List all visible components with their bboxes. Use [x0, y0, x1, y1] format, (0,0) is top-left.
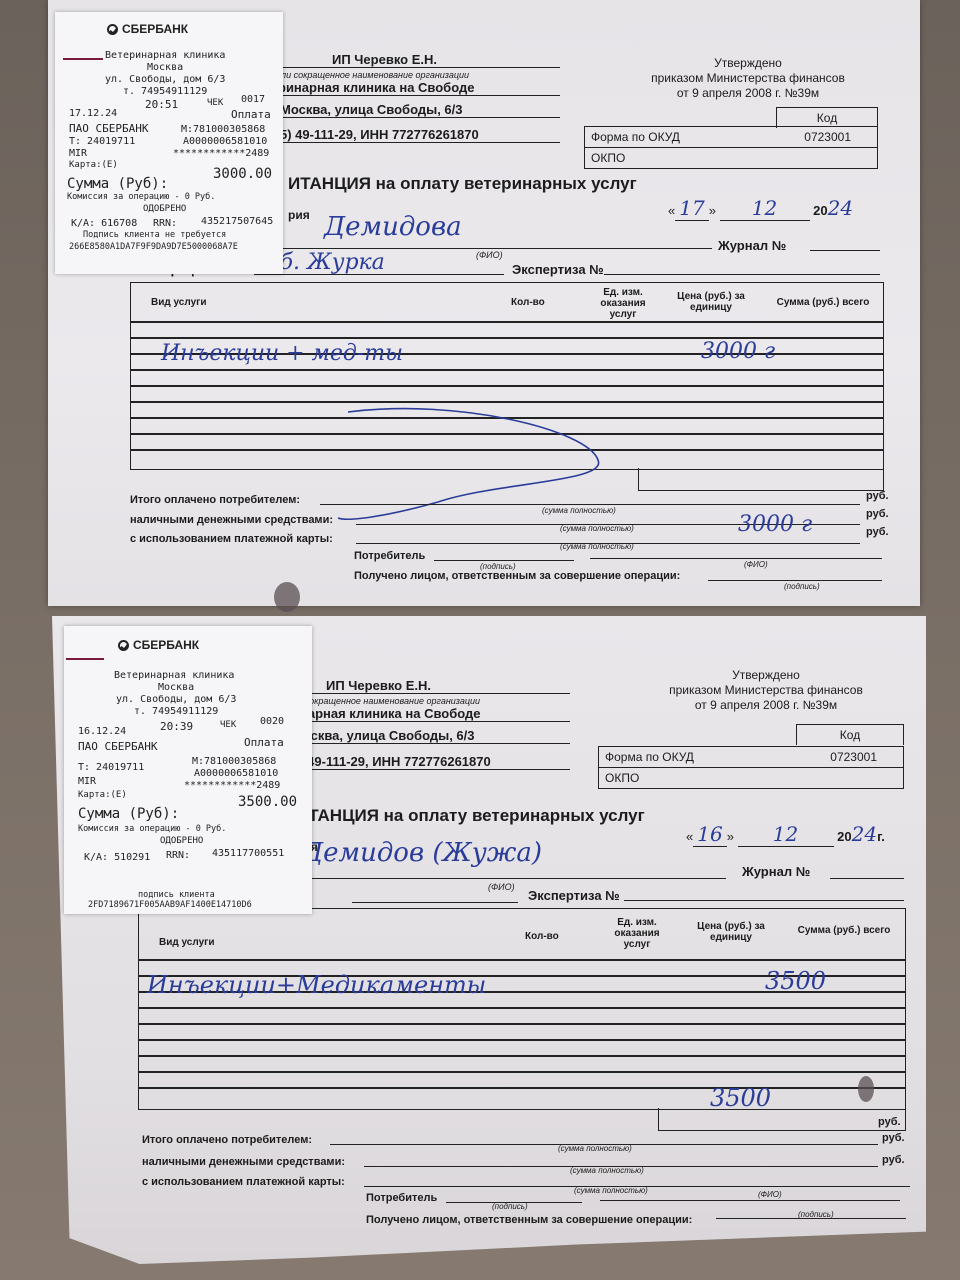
col-header-service: Вид услуги [151, 297, 206, 308]
slip-hash: 2FD7189671F005AAB9AF1400E14710D6 [88, 900, 252, 910]
services-table: Вид услуги Кол-во Ед. изм. оказания услу… [138, 908, 906, 1110]
operation-type: Оплата [244, 736, 284, 749]
clinic-address: Москва, улица Свободы, 6/3 [280, 102, 560, 118]
bank-name: СБЕРБАНК [122, 22, 188, 36]
rub-label: руб. [878, 1116, 901, 1128]
client-name-handwritten: Демидов (Жужа) [302, 838, 542, 868]
sum-caption: (сумма полностью) [560, 524, 634, 533]
auth-code: К/А: 510291 [84, 852, 150, 863]
auth-code: К/А: 616708 [71, 218, 137, 229]
slip-hash: 266E8580A1DA7F9F9DA9D7E5000068A7E [69, 242, 238, 252]
expertise-line [624, 900, 904, 901]
fio-caption: (ФИО) [488, 882, 515, 892]
card-type: Карта:(E) [78, 790, 127, 800]
slip-date: 16.12.24 [78, 726, 126, 737]
table-row-amount: 3000 г [701, 339, 775, 364]
clinic-name: ринарная клиника на Свободе [278, 80, 560, 96]
aid: A0000006581010 [183, 136, 267, 147]
col-header-unit: Ед. изм. оказания услуг [591, 287, 655, 320]
date-month: 12 [720, 196, 810, 221]
date-year-prefix: 20 [837, 829, 851, 844]
expertise-label: Экспертиза № [512, 262, 604, 277]
journal-line [810, 250, 880, 251]
okud-code-header: Код [776, 107, 878, 128]
consumer-fio-line [590, 558, 882, 559]
merchant-id: М:781000305868 [181, 124, 265, 135]
bank-logo: СБЕРБАНК [118, 638, 199, 652]
rub-label: руб. [866, 490, 889, 502]
commission: Комиссия за операцию - 0 Руб. [67, 192, 215, 202]
signature-note: Подпись клиента не требуется [83, 230, 226, 240]
sum-caption: (сумма полностью) [570, 1166, 644, 1175]
total-paid-label: Итого оплачено потребителем: [130, 494, 300, 506]
merchant-city: Москва [158, 682, 194, 693]
date-year-prefix: 20 [813, 203, 827, 218]
expertise-label: Экспертиза № [528, 888, 620, 903]
total-handwritten: 3500 [710, 1084, 771, 1112]
sum-caption: (сумма полностью) [558, 1144, 632, 1153]
terminal-id: Т: 24019711 [78, 762, 144, 773]
slip-time: 20:39 [160, 720, 193, 733]
org-name: ИП Черевко Е.Н. [270, 52, 560, 68]
col-header-total: Сумма (руб.) всего [767, 297, 879, 308]
merchant-id: М:781000305868 [192, 756, 276, 767]
aid: A0000006581010 [194, 768, 278, 779]
rrn-value: 435117700551 [212, 848, 284, 859]
signature-note: подпись клиента [138, 890, 215, 900]
merchant-street: ул. Свободы, дом 6/3 [116, 694, 236, 705]
date-month: 12 [738, 822, 834, 847]
rrn-value: 435217507645 [201, 216, 273, 227]
fio-label: рия [288, 208, 310, 222]
cash-label: наличными денежными средствами: [142, 1156, 345, 1168]
sum-caption: (сумма полностью) [542, 506, 616, 515]
col-header-price: Цена (руб.) за единицу [691, 921, 771, 943]
registration-line [352, 902, 518, 903]
date-day: 17 [675, 196, 708, 221]
received-signature-line [708, 580, 882, 581]
rrn-label: RRN: [153, 218, 177, 229]
pen-mark [63, 58, 103, 60]
journal-label: Журнал № [718, 238, 786, 253]
okud-code-header: Код [796, 724, 904, 745]
registration-line [254, 274, 504, 275]
approval-status: ОДОБРЕНО [143, 204, 186, 214]
fio-caption: (ФИО) [758, 1190, 782, 1199]
org-name: ИП Черевко Е.Н. [292, 678, 570, 694]
sber-check-icon [118, 640, 129, 651]
fio-caption: (ФИО) [744, 560, 768, 569]
acquirer-name: ПАО СБЕРБАНК [78, 740, 157, 753]
commission: Комиссия за операцию - 0 Руб. [78, 824, 226, 834]
rrn-label: RRN: [166, 850, 190, 861]
total-paid-label: Итого оплачено потребителем: [142, 1134, 312, 1146]
consumer-label: Потребитель [366, 1192, 437, 1204]
acquirer-name: ПАО СБЕРБАНК [69, 122, 148, 135]
slip-sum: 3500.00 [238, 794, 297, 810]
card-value-handwritten: 3000 г [738, 512, 812, 537]
approval-block: Утверждено приказом Министерства финансо… [608, 56, 888, 101]
clinic-phone-inn: 5) 49-111-29, ИНН 772776261870 [292, 754, 570, 770]
terminal-id: Т: 24019711 [69, 136, 135, 147]
rub-label: руб. [882, 1154, 905, 1166]
approval-line: от 9 апреля 2008 г. №39м [626, 698, 906, 713]
merchant-street: ул. Свободы, дом 6/3 [105, 74, 225, 85]
sum-label: Сумма (Руб): [78, 806, 179, 822]
form-title: ИТАНЦИЯ на оплату ветеринарных услуг [296, 806, 645, 826]
col-header-service: Вид услуги [159, 937, 214, 948]
form-date: «17» 12 2024 [668, 196, 853, 221]
rub-label: руб. [882, 1132, 905, 1144]
signature-caption: (подпись) [784, 582, 820, 591]
okud-code: 0723001 [830, 750, 877, 764]
journal-line [830, 878, 904, 879]
fio-caption: (ФИО) [476, 250, 503, 260]
consumer-fio-line [600, 1200, 900, 1201]
card-mask: ************2489 [173, 148, 269, 159]
total-cell [638, 468, 884, 491]
sum-caption: (сумма полностью) [560, 542, 634, 551]
card-mask: ************2489 [184, 780, 280, 791]
bank-logo: СБЕРБАНК [107, 22, 188, 36]
slip-time: 20:51 [145, 98, 178, 111]
okud-label: Форма по ОКУД [591, 130, 680, 144]
approval-line: от 9 апреля 2008 г. №39м [608, 86, 888, 101]
client-name-handwritten: Демидова [324, 212, 462, 242]
okpo-label: ОКПО [605, 771, 639, 785]
form-date: «16» 12 2024г. [686, 822, 885, 847]
signature-caption: (подпись) [798, 1210, 834, 1219]
okud-table: Форма по ОКУД0723001 ОКПО [598, 746, 904, 789]
stain [274, 582, 300, 612]
approval-line: Утверждено [626, 668, 906, 683]
check-number: 0017 [241, 94, 265, 105]
okud-table: Форма по ОКУД0723001 ОКПО [584, 126, 878, 169]
org-name-caption: ли сокращенное наименование организации [292, 696, 480, 706]
sum-caption: (сумма полностью) [574, 1186, 648, 1195]
col-header-unit: Ед. изм. оказания услуг [605, 917, 669, 950]
okpo-label: ОКПО [591, 151, 625, 165]
clinic-address: Москва, улица Свободы, 6/3 [292, 728, 570, 744]
signature-caption: (подпись) [492, 1202, 528, 1211]
approval-line: приказом Министерства финансов [608, 71, 888, 86]
received-by-label: Получено лицом, ответственным за соверше… [366, 1214, 692, 1226]
card-slip-1: СБЕРБАНК Ветеринарная клиника Москва ул.… [55, 12, 283, 274]
card-system: MIR [78, 776, 96, 787]
slip-sum: 3000.00 [213, 166, 272, 182]
okud-label: Форма по ОКУД [605, 750, 694, 764]
operation-type: Оплата [231, 108, 271, 121]
clinic-name: инарная клиника на Свободе [292, 706, 570, 722]
date-year: 24 [852, 822, 877, 846]
card-type: Карта:(E) [69, 160, 118, 170]
col-header-qty: Кол-во [525, 931, 559, 942]
journal-label: Журнал № [742, 864, 810, 879]
slip-date: 17.12.24 [69, 108, 117, 119]
total-paid-line [320, 504, 860, 505]
pen-mark [66, 658, 104, 660]
table-row-service: Инъекции+Медикаменты [147, 971, 486, 999]
consumer-signature-line [434, 560, 574, 561]
rub-label: руб. [866, 526, 889, 538]
client-name-line [280, 248, 712, 249]
approval-block: Утверждено приказом Министерства финансо… [626, 668, 906, 713]
date-year: 24 [828, 196, 853, 220]
expertise-line [604, 274, 880, 275]
consumer-label: Потребитель [354, 550, 425, 562]
form-title: ИТАНЦИЯ на оплату ветеринарных услуг [288, 174, 637, 194]
total-cell [658, 1108, 906, 1131]
approval-line: приказом Министерства финансов [626, 683, 906, 698]
stain [858, 1076, 874, 1102]
clinic-phone-inn: 5) 49-111-29, ИНН 772776261870 [280, 127, 560, 143]
check-label: ЧЕК [220, 720, 236, 730]
merchant-name: Ветеринарная клиника [114, 670, 234, 681]
card-system: MIR [69, 148, 87, 159]
col-header-total: Сумма (руб.) всего [785, 925, 903, 936]
merchant-phone: т. 74954911129 [123, 86, 207, 97]
sber-check-icon [107, 24, 118, 35]
received-by-label: Получено лицом, ответственным за соверше… [354, 570, 680, 582]
merchant-phone: т. 74954911129 [134, 706, 218, 717]
card-label: с использованием платежной карты: [142, 1176, 345, 1188]
okud-code: 0723001 [804, 130, 851, 144]
merchant-city: Москва [147, 62, 183, 73]
org-name-caption: или сокращенное наименование организации [276, 70, 469, 80]
client-name-line [296, 878, 726, 879]
bank-name: СБЕРБАНК [133, 638, 199, 652]
cash-label: наличными денежными средствами: [130, 514, 333, 526]
rub-label: руб. [866, 508, 889, 520]
check-label: ЧЕК [207, 98, 223, 108]
card-slip-2: СБЕРБАНК Ветеринарная клиника Москва ул.… [64, 626, 312, 914]
table-row-amount: 3500 [765, 967, 826, 995]
merchant-name: Ветеринарная клиника [105, 50, 225, 61]
table-row-service: Инъекции + мед-ты [161, 341, 403, 366]
approval-line: Утверждено [608, 56, 888, 71]
col-header-price: Цена (руб.) за единицу [671, 291, 751, 313]
date-day: 16 [693, 822, 726, 847]
sum-label: Сумма (Руб): [67, 176, 168, 192]
check-number: 0020 [260, 716, 284, 727]
card-label: с использованием платежной карты: [130, 533, 333, 545]
col-header-qty: Кол-во [511, 297, 545, 308]
approval-status: ОДОБРЕНО [160, 836, 203, 846]
